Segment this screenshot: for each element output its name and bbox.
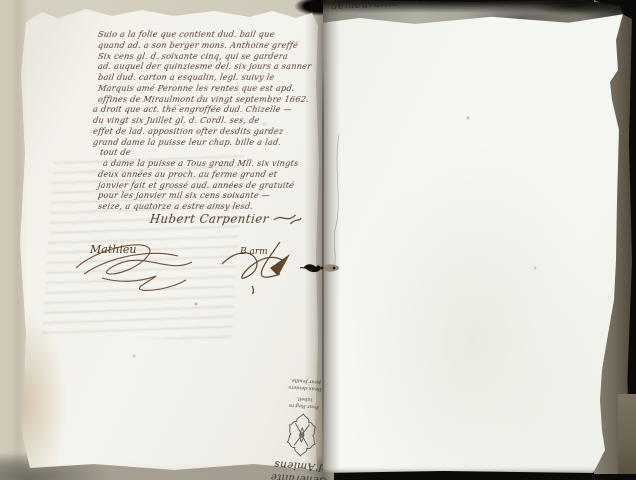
manuscript-line: a droit que act. thé engroffée dud. Chiz… [92, 104, 321, 115]
manuscript-line: deux années au proch. au ferme grand et [97, 169, 321, 180]
manuscript-line: du vingt six Juillet gl. d. Cordl. ses, … [92, 115, 321, 126]
manuscript-line: tout de [99, 147, 321, 158]
signature-hubert-carpentier: Hubert Carpentier [149, 211, 303, 227]
manuscript-line: grand dame la puisse leur chap. bille a … [92, 137, 321, 148]
signature-text: Hubert Carpentier [149, 212, 270, 226]
manuscript-line: quand ad. a son berger mons. Anthoine gr… [97, 40, 321, 51]
manuscript-line: Six cens gl. d. soixante cinq, qui se ga… [97, 51, 321, 62]
manuscript-line: effet de lad. apposition ofter desdits g… [92, 126, 321, 137]
manuscript-line: Marquis amé Peronne les rentes que est a… [97, 83, 321, 94]
manuscript-line: ad. auquel der quinziesme del. six jours… [97, 61, 321, 72]
manuscript-line: bail dud. carton a esqualin, legl. suivy… [97, 72, 321, 83]
signature-flourishes: Mathieu B arm [74, 234, 306, 300]
manuscript-line: janvier fait et grossé aud. années de gr… [97, 180, 321, 191]
manuscript-line: Suio a la folie que contient dud. bail q… [97, 29, 321, 40]
manuscript-line: a dame la puisse a Tous grand Mll. six v… [102, 158, 321, 169]
annotation-marks: – .l. – [407, 0, 426, 7]
right-page-blank: demeurante – .l. – [323, 0, 630, 473]
stamp-crest-icon [281, 411, 322, 460]
manuscript-line: pour les janvier mil six cens soixante — [97, 190, 321, 201]
manuscript-line: offines de Miraulmont du vingt septembre… [97, 94, 321, 105]
ink-blot [300, 255, 342, 281]
manuscript-text-block: Suio a la folie que contient dud. bail q… [98, 29, 320, 212]
paper-fiber-scratch [323, 130, 363, 270]
signature-paraph-curl [271, 211, 303, 227]
stamp-line-tabell: tabell. [296, 395, 312, 403]
book-cover-corner [618, 394, 636, 474]
archival-scan: Suio a la folie que contient dud. bail q… [0, 0, 636, 480]
stamp-line-pour-reg: Pour Reg.re [289, 401, 320, 410]
